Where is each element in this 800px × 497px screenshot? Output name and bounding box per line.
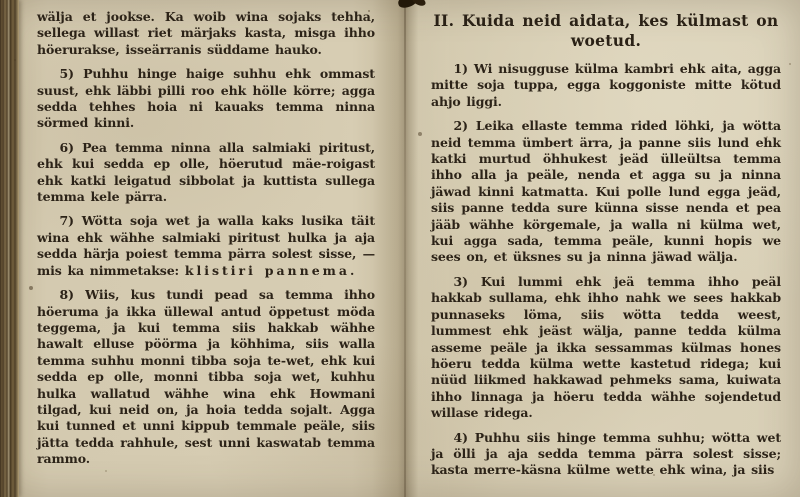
book-scan: wälja et jookse. Ka woib wina sojaks teh… — [0, 0, 800, 497]
ink-smudge-blob — [411, 0, 427, 7]
paragraph-item-3: 3) Kui lummi ehk jeä temma ihho peäl hak… — [431, 274, 781, 422]
paragraph-item-6: 6) Pea temma ninna alla salmiaki piritus… — [37, 140, 375, 206]
ink-smudge — [396, 0, 430, 12]
gutter-crease-line — [404, 0, 406, 497]
right-page: II. Kuida neid aidata, kes külmast on wo… — [431, 9, 781, 479]
paragraph-item-7: 7) Wötta soja wet ja walla kaks lusika t… — [37, 213, 375, 279]
paragraph-item-4: 4) Puhhu siis hinge temma suhhu; wötta w… — [431, 430, 781, 479]
book-page-edges — [0, 0, 19, 497]
paragraph-item-7-emphasis: klistiri pannema. — [185, 263, 358, 278]
paragraph-item-5: 5) Puhhu hinge haige suhhu ehk ommast su… — [37, 66, 375, 132]
paragraph-item-2: 2) Leika ellaste temma rided löhki, ja w… — [431, 118, 781, 266]
paragraph-item-8: 8) Wiis, kus tundi pead sa temma ihho hö… — [37, 287, 375, 467]
chapter-heading: II. Kuida neid aidata, kes külmast on wo… — [431, 11, 781, 51]
paragraph-item-1: 1) Wi nisugguse külma kambri ehk aita, a… — [431, 61, 781, 110]
ink-smudge-blob — [397, 0, 419, 9]
left-page: wälja et jookse. Ka woib wina sojaks teh… — [37, 9, 375, 468]
paragraph-continued: wälja et jookse. Ka woib wina sojaks teh… — [37, 9, 375, 58]
